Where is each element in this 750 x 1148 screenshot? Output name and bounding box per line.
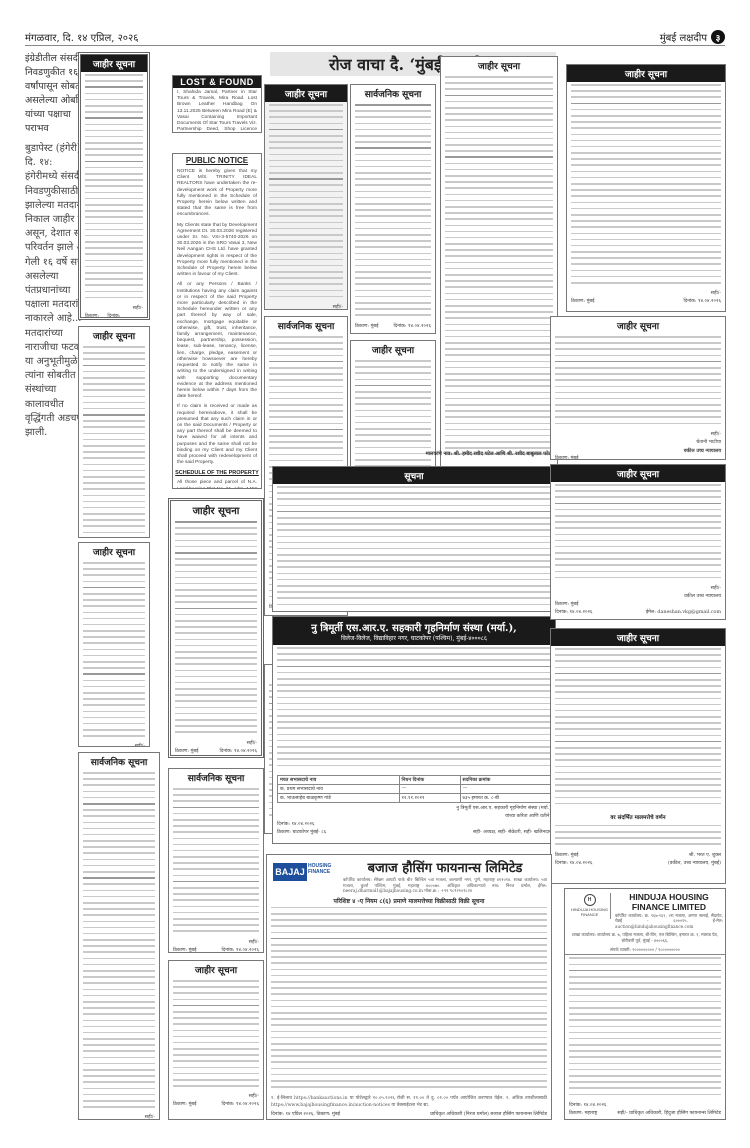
notice-right-fourth: जाहीर सूचना वर संदर्भित मालमत्तेचे वर्णन… bbox=[550, 628, 726, 884]
notice-col2-top: जाहीर सूचना सही/- ठिकाण: मुंबईदिनांक: १४… bbox=[78, 52, 150, 320]
notice-title: जाहीर सूचना bbox=[169, 961, 263, 978]
notice-title: जाहीर सूचना bbox=[551, 629, 725, 646]
notice-title: सार्वजनिक सूचना bbox=[79, 753, 159, 770]
hinduja-title: HINDUJA HOUSING FINANCE LIMITED bbox=[613, 892, 725, 912]
bajaj-auction-links[interactable]: १. ई-लिलाव https://bankauctions.in या पो… bbox=[267, 1094, 551, 1110]
notice-title: जाहीर सूचना bbox=[441, 57, 557, 74]
newspaper-name: मुंबई लक्षदीप bbox=[660, 30, 707, 44]
signer-name: चेतानी भाटीया bbox=[551, 439, 725, 447]
notice-signer: सही/- bbox=[81, 305, 147, 313]
members-table: मयत सभासदाचे नाव निधन दिनांक सदनिका क्रम… bbox=[277, 775, 551, 803]
notice-title: जाहीर सूचना bbox=[79, 543, 149, 560]
notice-title: सार्वजनिक सूचना bbox=[169, 769, 263, 786]
header-divider bbox=[25, 45, 725, 46]
email-link[interactable]: ईमेल: daneshan.vkg@gmail.com bbox=[646, 610, 721, 616]
public-notice-title: PUBLIC NOTICE bbox=[173, 154, 261, 167]
signer-name: प्राधिकृत अधिकारी (निरज धर्माल) बजाज हौस… bbox=[430, 1112, 547, 1118]
notice-col3-3: जाहीर सूचना सही/- ठिकाण: मुंबईदिनांक: १४… bbox=[168, 960, 264, 1120]
schedule-title: SCHEDULE OF THE PROPERTY bbox=[173, 468, 261, 478]
bajaj-sale-notice: BAJAJ HOUSING FINANCE बजाज हौसिंग फायनान… bbox=[266, 854, 552, 1120]
notice-title: जाहीर सूचना bbox=[567, 65, 725, 82]
suchana-notice: सूचना ठिकाण: मुंबई दिनांक: १४.०४.२०२६कुम… bbox=[272, 466, 556, 612]
notice-right-third: जाहीर सूचना सही/- वकील उच्च न्यायालय ठिक… bbox=[550, 464, 726, 620]
hinduja-logo: H HINDUJA HOUSING FINANCE bbox=[569, 893, 611, 919]
society-address: विलेज-विलेज, विद्याविहार नगर, घाटकोपर (प… bbox=[277, 634, 551, 642]
notice-title: जाहीर सूचना bbox=[79, 327, 149, 344]
signer-name: श्री. भरत ए. शुक्ल bbox=[689, 853, 721, 859]
notice-title: सार्वजनिक सूचना bbox=[265, 317, 347, 334]
notice-title: जाहीर सूचना bbox=[265, 85, 347, 102]
page-header: मंगळवार, दि. १४ एप्रिल, २०२६ मुंबई लक्षद… bbox=[25, 28, 725, 44]
notice-title: जाहीर सूचना bbox=[551, 465, 725, 482]
notice-col3-1: जाहीर सूचना सही/- ठिकाण: मुंबईदिनांक: १४… bbox=[168, 498, 264, 758]
table-row: क. प्रथम सभासदाचे नाव — — bbox=[278, 784, 551, 793]
bajaj-title: बजाज हौसिंग फायनान्स लिमिटेड bbox=[339, 858, 551, 876]
notice-col2-bottom: सार्वजनिक सूचना सही/- ईमेल: adv.sktazahm… bbox=[78, 752, 160, 1120]
bajaj-subtitle: परिशिष्ट ४ -ए नियम ८(६) प्रमाणे मालमत्ते… bbox=[267, 897, 551, 905]
hinduja-notice: H HINDUJA HOUSING FINANCE HINDUJA HOUSIN… bbox=[564, 888, 726, 1120]
bajaj-logo-icon: BAJAJ bbox=[273, 863, 307, 881]
notice-title: जाहीर सूचना bbox=[551, 317, 725, 334]
public-notice: PUBLIC NOTICE NOTICE is hereby given tha… bbox=[172, 153, 262, 489]
lost-found-body: I, Shahida Jamal, Partner in Star Tours … bbox=[173, 88, 261, 133]
page-number-badge: ३ bbox=[711, 30, 725, 44]
notice-col5-1: सार्वजनिक सूचना ठिकाण: मुंबईदिनांक: १४.०… bbox=[350, 84, 436, 334]
publication-date: मंगळवार, दि. १४ एप्रिल, २०२६ bbox=[25, 30, 138, 44]
hinduja-logo-icon: H bbox=[584, 894, 596, 906]
society-notice: नु त्रिमूर्ती एस.आर.ए. सहकारी गृहनिर्माण… bbox=[272, 616, 556, 844]
owner-names: मालकांचे नाव: श्री. हमीद रशीद पटेल आणि श… bbox=[426, 451, 552, 457]
notice-body bbox=[81, 72, 147, 305]
bajaj-logo-text: HOUSING FINANCE bbox=[308, 863, 338, 881]
notice-col2-low: जाहीर सूचना सही/- ठिकाण: मुंबईदिनांक: १४… bbox=[78, 542, 150, 747]
signer-name: सही/- प्राधिकृत अधिकारी, हिंदुजा हौसिंग … bbox=[617, 1111, 721, 1117]
table-row: क. भाऊसाहेब बाळकृष्ण गांडे १२.११.२०२१ ७३… bbox=[278, 793, 551, 802]
lost-found-title: LOST & FOUND bbox=[173, 76, 261, 88]
lost-found-notice: LOST & FOUND I, Shahida Jamal, Partner i… bbox=[172, 75, 262, 133]
notice-col3-2: सार्वजनिक सूचना सही/- ठिकाण: मुंबईदिनांक… bbox=[168, 768, 264, 953]
society-title: नु त्रिमूर्ती एस.आर.ए. सहकारी गृहनिर्माण… bbox=[277, 620, 551, 634]
notice-col2-mid: जाहीर सूचना सही/- ठिकाण: मुंबईदिनांक: १४… bbox=[78, 326, 150, 538]
bajaj-address: कॉर्पोरेट कार्यालय: सेरेब्रम आयटी पार्क … bbox=[339, 876, 551, 897]
notice-title: जाहीर सूचना bbox=[171, 501, 261, 519]
schedule-title: वर संदर्भित मालमत्तेचे वर्णन bbox=[551, 811, 725, 823]
notice-title: सार्वजनिक सूचना bbox=[351, 85, 435, 102]
notice-right-second: जाहीर सूचना सही/- चेतानी भाटीया वकील उच्… bbox=[550, 316, 726, 460]
society-header: नु त्रिमूर्ती एस.आर.ए. सहकारी गृहनिर्माण… bbox=[273, 617, 555, 645]
notice-title: जाहीर सूचना bbox=[81, 55, 147, 72]
notice-title: सूचना bbox=[273, 467, 555, 484]
masthead: मुंबई लक्षदीप ३ bbox=[660, 30, 725, 44]
notice-mid-attest: मालकांचे नाव: श्री. हमीद रशीद पटेल आणि श… bbox=[350, 318, 556, 463]
notice-right-top: जाहीर सूचना सही/- ठिकाण: मुंबईदिनांक: १४… bbox=[566, 64, 726, 312]
notice-col4-1: जाहीर सूचना सही/- bbox=[264, 84, 348, 310]
notice-place-date: ठिकाण: मुंबईदिनांक: १४.०४.२०२६ bbox=[81, 313, 147, 320]
